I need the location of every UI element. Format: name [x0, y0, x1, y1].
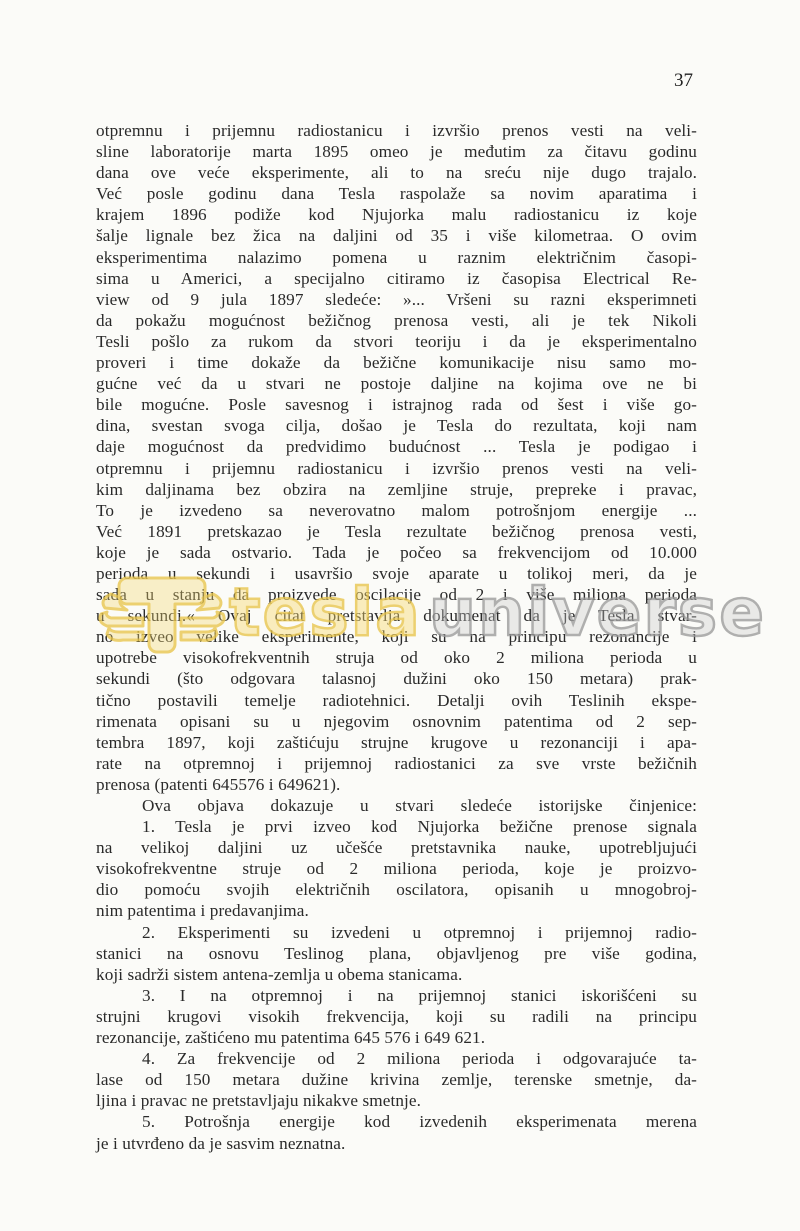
text-line: proveri i time dokaže da bežične komunik…: [96, 352, 697, 373]
text-line: rezonancije, zaštićeno mu patentima 645 …: [96, 1027, 697, 1048]
text-line: da pokažu mogućnost bežičnog prenosa ves…: [96, 310, 697, 331]
text-line: ljina i pravac ne pretstavljaju nikakve …: [96, 1090, 697, 1111]
text-line: Tesli pošlo za rukom da stvori teoriju i…: [96, 331, 697, 352]
list-item-1: 1. Tesla je prvi izveo kod Njujorka beži…: [96, 816, 697, 837]
text-line: kim daljinama bez obzira na zemljine str…: [96, 479, 697, 500]
text-line: šalje lignale bez žica na daljini od 35 …: [96, 225, 697, 246]
text-line: rate na otpremnoj i prijemnoj radiostani…: [96, 753, 697, 774]
text-line: Već posle godinu dana Tesla raspolaže sa…: [96, 183, 697, 204]
text-line: sekundi (što odgovara talasnoj dužini ok…: [96, 668, 697, 689]
list-item-5: 5. Potrošnja energije kod izvedenih eksp…: [96, 1111, 697, 1132]
body-text: otpremnu i prijemnu radiostanicu i izvrš…: [96, 120, 697, 1154]
text-line: lase od 150 metara dužine krivina zemlje…: [96, 1069, 697, 1090]
page-number: 37: [674, 70, 693, 92]
text-line: visokofrekventne struje od 2 miliona per…: [96, 858, 697, 879]
list-item-4: 4. Za frekvencije od 2 miliona perioda i…: [96, 1048, 697, 1069]
text-line: upotrebe visokofrekventnih struja od oko…: [96, 647, 697, 668]
text-line: otpremnu i prijemnu radiostanicu i izvrš…: [96, 120, 697, 141]
text-line: sada u stanju da proizvede oscilacije od…: [96, 584, 697, 605]
text-line: sima u Americi, a specijalno citiramo iz…: [96, 268, 697, 289]
text-line: To je izvedeno sa neverovatno malom potr…: [96, 500, 697, 521]
text-line: dana ove veće eksperimente, ali to na sr…: [96, 162, 697, 183]
text-line: eksperimentima nalazimo pomena u raznim …: [96, 247, 697, 268]
text-line: koji sadrži sistem antena-zemlja u obema…: [96, 964, 697, 985]
text-line: u sekundi.« Ovaj citat pretstavlja dokum…: [96, 605, 697, 626]
text-line: gućne već da u stvari ne postoje daljine…: [96, 373, 697, 394]
text-line: sline laboratorije marta 1895 omeo je me…: [96, 141, 697, 162]
text-line: view od 9 jula 1897 sledeće: »... Vršeni…: [96, 289, 697, 310]
text-line: je i utvrđeno da je sasvim neznatna.: [96, 1133, 697, 1154]
text-line: na velikoj daljini uz učešće pretstavnik…: [96, 837, 697, 858]
text-line: Već 1891 pretskazao je Tesla rezultate b…: [96, 521, 697, 542]
text-line: koje je sada ostvario. Tada je počeo sa …: [96, 542, 697, 563]
text-line: perioda u sekundi i usavršio svoje apara…: [96, 563, 697, 584]
text-line: no izveo velike eksperimente, koji su na…: [96, 626, 697, 647]
text-line: bile mogućne. Posle savesnog i istrajnog…: [96, 394, 697, 415]
text-line: tembra 1897, koji zaštićuju strujne krug…: [96, 732, 697, 753]
text-line: prenosa (patenti 645576 i 649621).: [96, 774, 697, 795]
text-line: otpremnu i prijemnu radiostanicu i izvrš…: [96, 458, 697, 479]
text-line: strujni krugovi visokih frekvencija, koj…: [96, 1006, 697, 1027]
text-line: rimenata opisani su u njegovim osnovnim …: [96, 711, 697, 732]
text-line: tično postavili temelje radiotehnici. De…: [96, 690, 697, 711]
text-line: dina, svestan svoga cilja, došao je Tesl…: [96, 415, 697, 436]
list-item-2: 2. Eksperimenti su izvedeni u otpremnoj …: [96, 922, 697, 943]
text-line: stanici na osnovu Teslinog plana, objavl…: [96, 943, 697, 964]
text-line: daje mogućnost da predvidimo budućnost .…: [96, 436, 697, 457]
text-line: krajem 1896 podiže kod Njujorka malu rad…: [96, 204, 697, 225]
text-line: Ova objava dokazuje u stvari sledeće ist…: [96, 795, 697, 816]
list-item-3: 3. I na otpremnoj i na prijemnoj stanici…: [96, 985, 697, 1006]
text-line: dio pomoću svojih električnih oscilatora…: [96, 879, 697, 900]
text-line: nim patentima i predavanjima.: [96, 900, 697, 921]
